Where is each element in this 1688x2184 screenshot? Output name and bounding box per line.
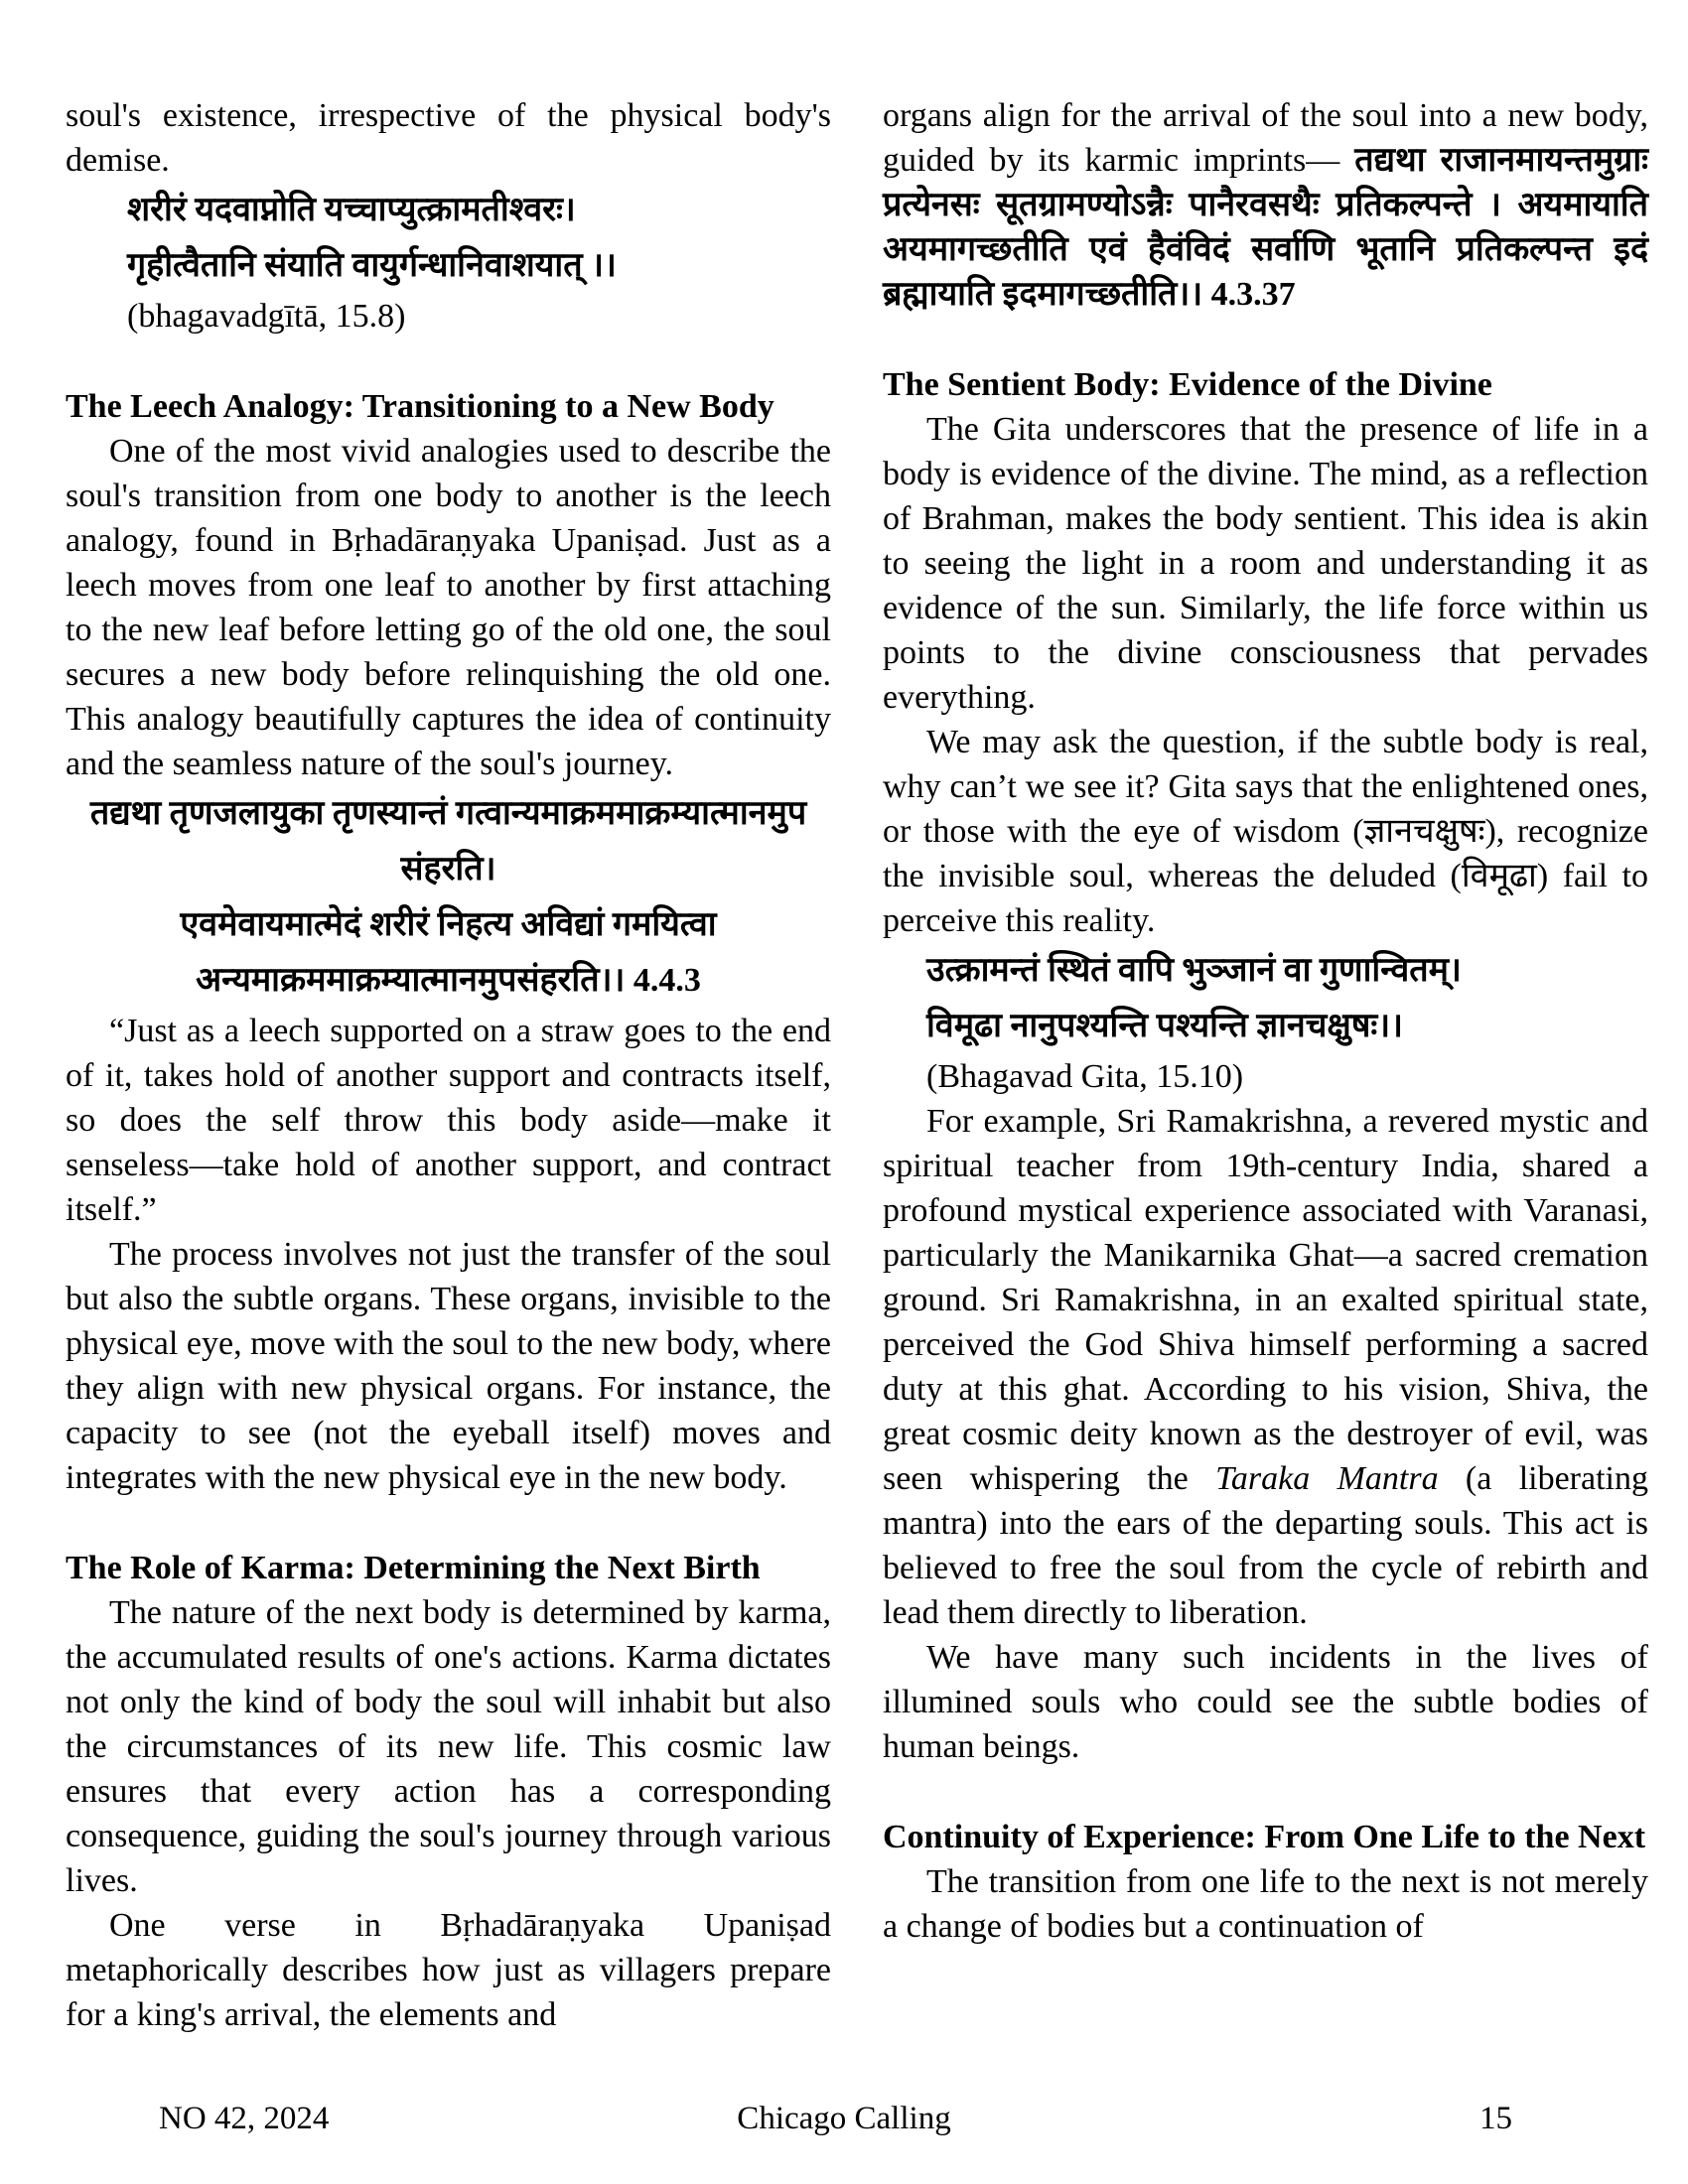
- section-heading-role-of-karma: The Role of Karma: Determining the Next …: [66, 1546, 831, 1590]
- body-paragraph: One verse in Bṛhadāraṇyaka Upaniṣad meta…: [66, 1903, 831, 2037]
- sanskrit-verse-line: संहरति।: [66, 842, 831, 897]
- body-paragraph: We have many such incidents in the lives…: [883, 1635, 1648, 1769]
- sanskrit-verse-line: गृहीत्वैतानि संयाति वायुर्गन्धानिवाशयात्…: [127, 238, 831, 294]
- sanskrit-verse-line: शरीरं यदवाप्नोति यच्चाप्युत्क्रामतीश्वरः…: [127, 183, 831, 238]
- sanskrit-verse-brihadaranyaka-4-4-3: तद्यथा तृणजलायुका तृणस्यान्तं गत्वान्यमा…: [66, 786, 831, 1009]
- body-paragraph-quote: “Just as a leech supported on a straw go…: [66, 1009, 831, 1232]
- body-paragraph-continuation: organs align for the arrival of the soul…: [883, 93, 1648, 317]
- body-paragraph: The nature of the next body is determine…: [66, 1590, 831, 1903]
- footer-journal-title: Chicago Calling: [737, 2097, 950, 2141]
- sanskrit-verse-line: तद्यथा तृणजलायुका तृणस्यान्तं गत्वान्यमा…: [66, 786, 831, 842]
- sanskrit-verse-gita-15-10: उत्क्रामन्तं स्थितं वापि भुञ्जानं वा गुण…: [883, 943, 1648, 1099]
- body-paragraph: One of the most vivid analogies used to …: [66, 429, 831, 786]
- right-column: organs align for the arrival of the soul…: [883, 93, 1648, 2037]
- body-paragraph: The Gita underscores that the presence o…: [883, 407, 1648, 720]
- body-paragraph: We may ask the question, if the subtle b…: [883, 720, 1648, 943]
- verse-citation: (bhagavadgītā, 15.8): [127, 294, 831, 339]
- sanskrit-verse-line: अन्यमाक्रममाक्रम्यात्मानमुपसंहरति।। 4.4.…: [66, 953, 831, 1009]
- left-column: soul's existence, irrespective of the ph…: [66, 93, 831, 2037]
- body-paragraph-ramakrishna: For example, Sri Ramakrishna, a revered …: [883, 1099, 1648, 1635]
- section-heading-leech-analogy: The Leech Analogy: Transitioning to a Ne…: [66, 384, 831, 429]
- sanskrit-verse-line: उत्क्रामन्तं स्थितं वापि भुञ्जानं वा गुण…: [926, 943, 1648, 999]
- two-column-layout: soul's existence, irrespective of the ph…: [66, 93, 1648, 2037]
- magazine-page: soul's existence, irrespective of the ph…: [0, 0, 1688, 2184]
- text-run: For example, Sri Ramakrishna, a revered …: [883, 1103, 1648, 1497]
- italic-term-taraka-mantra: Taraka Mantra: [1215, 1460, 1438, 1497]
- footer-page-number: 15: [1479, 2097, 1512, 2141]
- section-heading-continuity: Continuity of Experience: From One Life …: [883, 1815, 1648, 1859]
- footer-issue-number: NO 42, 2024: [159, 2097, 329, 2141]
- body-paragraph-continuation: soul's existence, irrespective of the ph…: [66, 93, 831, 183]
- body-paragraph: The transition from one life to the next…: [883, 1859, 1648, 1949]
- section-heading-sentient-body: The Sentient Body: Evidence of the Divin…: [883, 362, 1648, 407]
- verse-citation: (Bhagavad Gita, 15.10): [926, 1054, 1648, 1099]
- sanskrit-verse-line: एवमेवायमात्मेदं शरीरं निहत्य अविद्यां गम…: [66, 897, 831, 953]
- body-paragraph: The process involves not just the transf…: [66, 1232, 831, 1500]
- sanskrit-verse-line: विमूढा नानुपश्यन्ति पश्यन्ति ज्ञानचक्षुष…: [926, 999, 1648, 1054]
- sanskrit-verse-gita-15-8: शरीरं यदवाप्नोति यच्चाप्युत्क्रामतीश्वरः…: [66, 183, 831, 339]
- page-footer: NO 42, 2024 Chicago Calling 15: [0, 2097, 1688, 2141]
